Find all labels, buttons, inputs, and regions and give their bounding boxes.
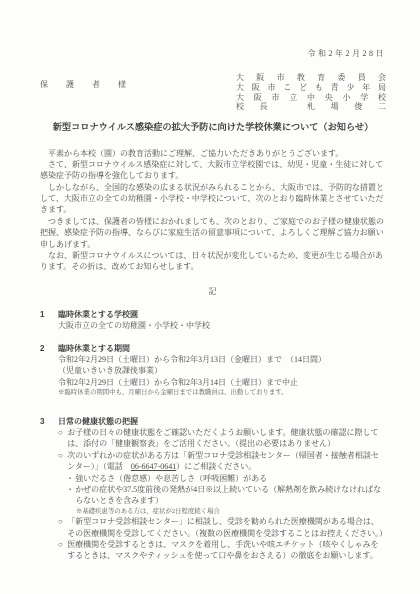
- sub-bullet-fever-text: かぜの症状や37.5度前後の発熱が4日※以上続いている（解熱剤を飲み続けなければ…: [75, 484, 386, 507]
- consult-text-post: ）にご相談ください。: [176, 462, 256, 471]
- sender-line-school-name: 大阪市立中央小学校: [236, 93, 386, 103]
- circle-bullet-marker: ○: [58, 539, 67, 562]
- staff-attendance-note: ※臨時休業の期間中も、月曜日から金曜日までは教職員は、出勤しております。: [58, 388, 386, 398]
- paragraph-request-to-guardians: つきましては、保護者の皆様におかれましても、次のとおり、ご家庭でのお子様の健康状…: [40, 216, 386, 250]
- bullet-mask-etiquette-text: 医療機関を受診するときは、マスクを着用し、手洗いや咳エチケット（咳やくしゃみをす…: [67, 539, 386, 562]
- section-2-title: 臨時休業とする期間: [58, 343, 130, 354]
- afterschool-program-label: （児童いきいき放課後事業）: [58, 365, 386, 376]
- paragraph-changes-notice: なお、新型コロナウイルスについては、日々状況が変化しているため、変更が生じる場合…: [40, 250, 386, 273]
- section-1-title: 臨時休業とする学校園: [58, 309, 138, 320]
- closure-period-line: 令和2年2月29日（土曜日）から令和2年3月13日（金曜日）まで （14日間）: [58, 354, 386, 365]
- sender-block: 大阪市教育委員会 大阪市こども青少年局 大阪市立中央小学校 校長 札場俊二: [236, 73, 386, 111]
- section-3-title: 日常の健康状態の把握: [58, 416, 138, 427]
- section-1-heading: 1 臨時休業とする学校園: [40, 309, 386, 320]
- sub-bullet-fever: ・ かぜの症状や37.5度前後の発熱が4日※以上続いている（解熱剤を飲み続けなけ…: [58, 484, 386, 507]
- bullet-consult-center-text: 次のいずれかの症状がある方は「新型コロナ受診相談センター（帰国者・接触者相談セン…: [67, 450, 386, 473]
- bullet-recommended-clinic-text: 「新型コロナ受診相談センター」に相談し、受診を勧められた医療機関がある場合は、そ…: [67, 516, 386, 539]
- dot-bullet-marker: ・: [66, 484, 75, 507]
- sender-line-board-of-education: 大阪市教育委員会: [236, 73, 386, 83]
- document-date: 令和2年2月28日: [40, 48, 386, 59]
- dot-bullet-marker: ・: [66, 473, 75, 484]
- section-closure-period: 2 臨時休業とする期間 令和2年2月29日（土曜日）から令和2年3月13日（金曜…: [40, 343, 386, 398]
- circle-bullet-marker: ○: [58, 450, 67, 473]
- address-row: 保 護 者 様 大阪市教育委員会 大阪市こども青少年局 大阪市立中央小学校 校長…: [40, 73, 386, 111]
- section-1-line: 大阪市立の全ての幼稚園・小学校・中学校: [58, 320, 386, 331]
- sender-line-children-youth-bureau: 大阪市こども青少年局: [236, 83, 386, 93]
- section-1-number: 1: [40, 309, 58, 320]
- phone-number: 06-6647-0641: [131, 462, 176, 471]
- bullet-health-check-text: お子様の日々の健康状態をご確認いただくようお願いします。健康状態の確認に際しては…: [67, 427, 386, 450]
- addressee-label: 保 護 者 様: [40, 79, 131, 90]
- document-title: 新型コロナウイルス感染症の拡大予防に向けた学校休業について（お知らせ）: [40, 122, 386, 134]
- sender-line-principal: 校長 札場俊二: [236, 102, 386, 112]
- bullet-mask-etiquette: ○ 医療機関を受診するときは、マスクを着用し、手洗いや咳エチケット（咳やくしゃみ…: [58, 539, 386, 562]
- section-3-number: 3: [40, 416, 58, 427]
- section-daily-health: 3 日常の健康状態の把握 ○ お子様の日々の健康状態をご確認いただくようお願いし…: [40, 416, 386, 562]
- underlying-condition-note: ※基礎疾患等のある方は、症状が2日程度続く場合: [58, 507, 386, 517]
- separator-ki: 記: [40, 286, 386, 297]
- section-3-heading: 3 日常の健康状態の把握: [40, 416, 386, 427]
- scanned-letter-page: 令和2年2月28日 保 護 者 様 大阪市教育委員会 大阪市こども青少年局 大阪…: [0, 0, 420, 594]
- bullet-health-check: ○ お子様の日々の健康状態をご確認いただくようお願いします。健康状態の確認に際し…: [58, 427, 386, 450]
- paragraph-prevention-guidance: さて、新型コロナウイルス感染症に対して、大阪市立学校園では、幼児・児童・生徒に対…: [40, 159, 386, 182]
- sub-bullet-fatigue-text: 強いだるさ（倦怠感）や息苦しさ（呼吸困難）がある: [75, 473, 386, 484]
- afterschool-cancel-line: 令和2年2月29日（土曜日）から令和2年3月14日（土曜日）まで中止: [58, 377, 386, 388]
- sub-bullet-fatigue: ・ 強いだるさ（倦怠感）や息苦しさ（呼吸困難）がある: [58, 473, 386, 484]
- section-gap: [40, 409, 386, 416]
- section-2-heading: 2 臨時休業とする期間: [40, 343, 386, 354]
- circle-bullet-marker: ○: [58, 427, 67, 450]
- circle-bullet-marker: ○: [58, 516, 67, 539]
- bullet-consult-center: ○ 次のいずれかの症状がある方は「新型コロナ受診相談センター（帰国者・接触者相談…: [58, 450, 386, 473]
- paragraph-closure-decision: しかしながら、全国的な感染の広まる状況がみられることから、大阪市では、予防的な措…: [40, 182, 386, 216]
- section-closure-schools: 1 臨時休業とする学校園 大阪市立の全ての幼稚園・小学校・中学校: [40, 309, 386, 332]
- section-2-number: 2: [40, 343, 58, 354]
- bullet-recommended-clinic: ○ 「新型コロナ受診相談センター」に相談し、受診を勧められた医療機関がある場合は…: [58, 516, 386, 539]
- paragraph-greeting: 平素から本校（園）の教育活動にご理解、ご協力いただきありがとうございます。: [40, 148, 386, 159]
